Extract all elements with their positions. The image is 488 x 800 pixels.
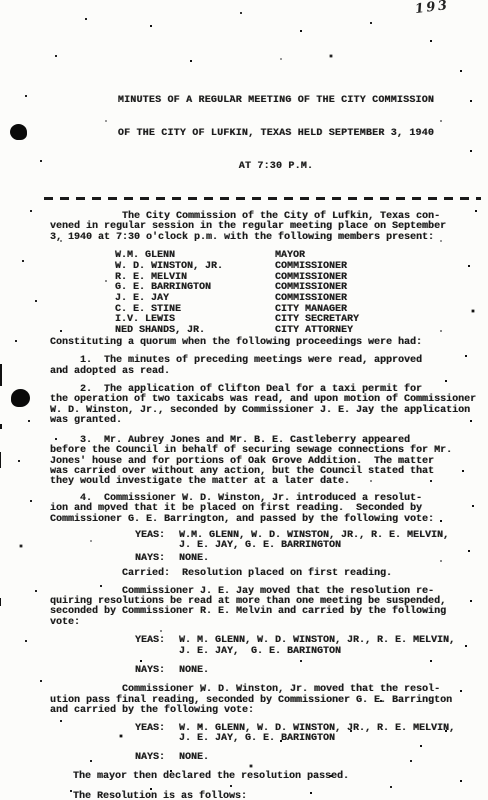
nays-value: NONE.: [179, 554, 209, 564]
minutes-item-2: 2. The application of Clifton Deal for a…: [50, 385, 474, 427]
yeas-row: YEAS: W. M. GLENN, W. D. WINSTON, JR., R…: [135, 636, 474, 657]
title-line-2: OF THE CITY OF LUFKIN, TEXAS HELD SEPTEM…: [78, 128, 474, 139]
members-roster: W.M. GLENN MAYOR W. D. WINSTON, JR. COMM…: [115, 251, 474, 337]
yeas-label: YEAS:: [135, 531, 179, 552]
minutes-item-1: 1. The minutes of preceding meetings wer…: [50, 356, 474, 377]
title-line-3: AT 7:30 P.M.: [78, 161, 474, 172]
nays-label: NAYS:: [135, 753, 179, 763]
nays-row: NAYS: NONE.: [135, 554, 474, 564]
document-content: MINUTES OF A REGULAR MEETING OF THE CITY…: [0, 0, 488, 800]
nays-label: NAYS:: [135, 554, 179, 564]
mayor-declaration-line: The mayor then declared the resolution p…: [73, 772, 474, 782]
winston-motion-paragraph: Commissioner W. D. Winston, Jr. moved th…: [50, 685, 474, 716]
vote-block-3: YEAS: W. M. GLENN, W. D. WINSTON, JR., R…: [135, 724, 474, 764]
document-title: MINUTES OF A REGULAR MEETING OF THE CITY…: [50, 73, 474, 194]
resolution-intro-line: The Resolution is as follows:: [73, 792, 474, 800]
vote-block-2: YEAS: W. M. GLENN, W. D. WINSTON, JR., R…: [135, 636, 474, 676]
nays-row: NAYS: NONE.: [135, 666, 474, 676]
opening-paragraph: The City Commission of the City of Lufki…: [50, 212, 474, 243]
yeas-names: W. M. GLENN, W. D. WINSTON, JR., R. E. M…: [179, 724, 455, 745]
vote-block-1: YEAS: W.M. GLENN, W. D. WINSTON, JR., R.…: [135, 531, 474, 564]
yeas-label: YEAS:: [135, 724, 179, 745]
scanned-minutes-page: 193 MINUTES OF A REGULAR MEETING OF THE …: [0, 0, 488, 800]
yeas-row: YEAS: W.M. GLENN, W. D. WINSTON, JR., R.…: [135, 531, 474, 552]
carried-line: Carried: Resolution placed on first read…: [122, 569, 474, 579]
nays-value: NONE.: [179, 753, 209, 763]
member-title: CITY ATTORNEY: [275, 326, 353, 337]
yeas-label: YEAS:: [135, 636, 179, 657]
minutes-item-4: 4. Commissioner W. D. Winston, Jr. intro…: [50, 494, 474, 525]
minutes-item-3: 3. Mr. Aubrey Jones and Mr. B. E. Castle…: [50, 436, 474, 488]
member-name: NED SHANDS, JR.: [115, 326, 275, 337]
nays-value: NONE.: [179, 666, 209, 676]
yeas-names: W.M. GLENN, W. D. WINSTON, JR., R. E. ME…: [179, 531, 449, 552]
nays-row: NAYS: NONE.: [135, 753, 474, 763]
jay-motion-paragraph: Commissioner J. E. Jay moved that the re…: [50, 587, 474, 629]
member-row: NED SHANDS, JR. CITY ATTORNEY: [115, 326, 474, 337]
yeas-names: W. M. GLENN, W. D. WINSTON, JR., R. E. M…: [179, 636, 455, 657]
quorum-line: Constituting a quorum when the following…: [50, 338, 474, 348]
yeas-row: YEAS: W. M. GLENN, W. D. WINSTON, JR., R…: [135, 724, 474, 745]
title-line-1: MINUTES OF A REGULAR MEETING OF THE CITY…: [78, 95, 474, 106]
dashed-rule: [44, 197, 481, 200]
nays-label: NAYS:: [135, 666, 179, 676]
